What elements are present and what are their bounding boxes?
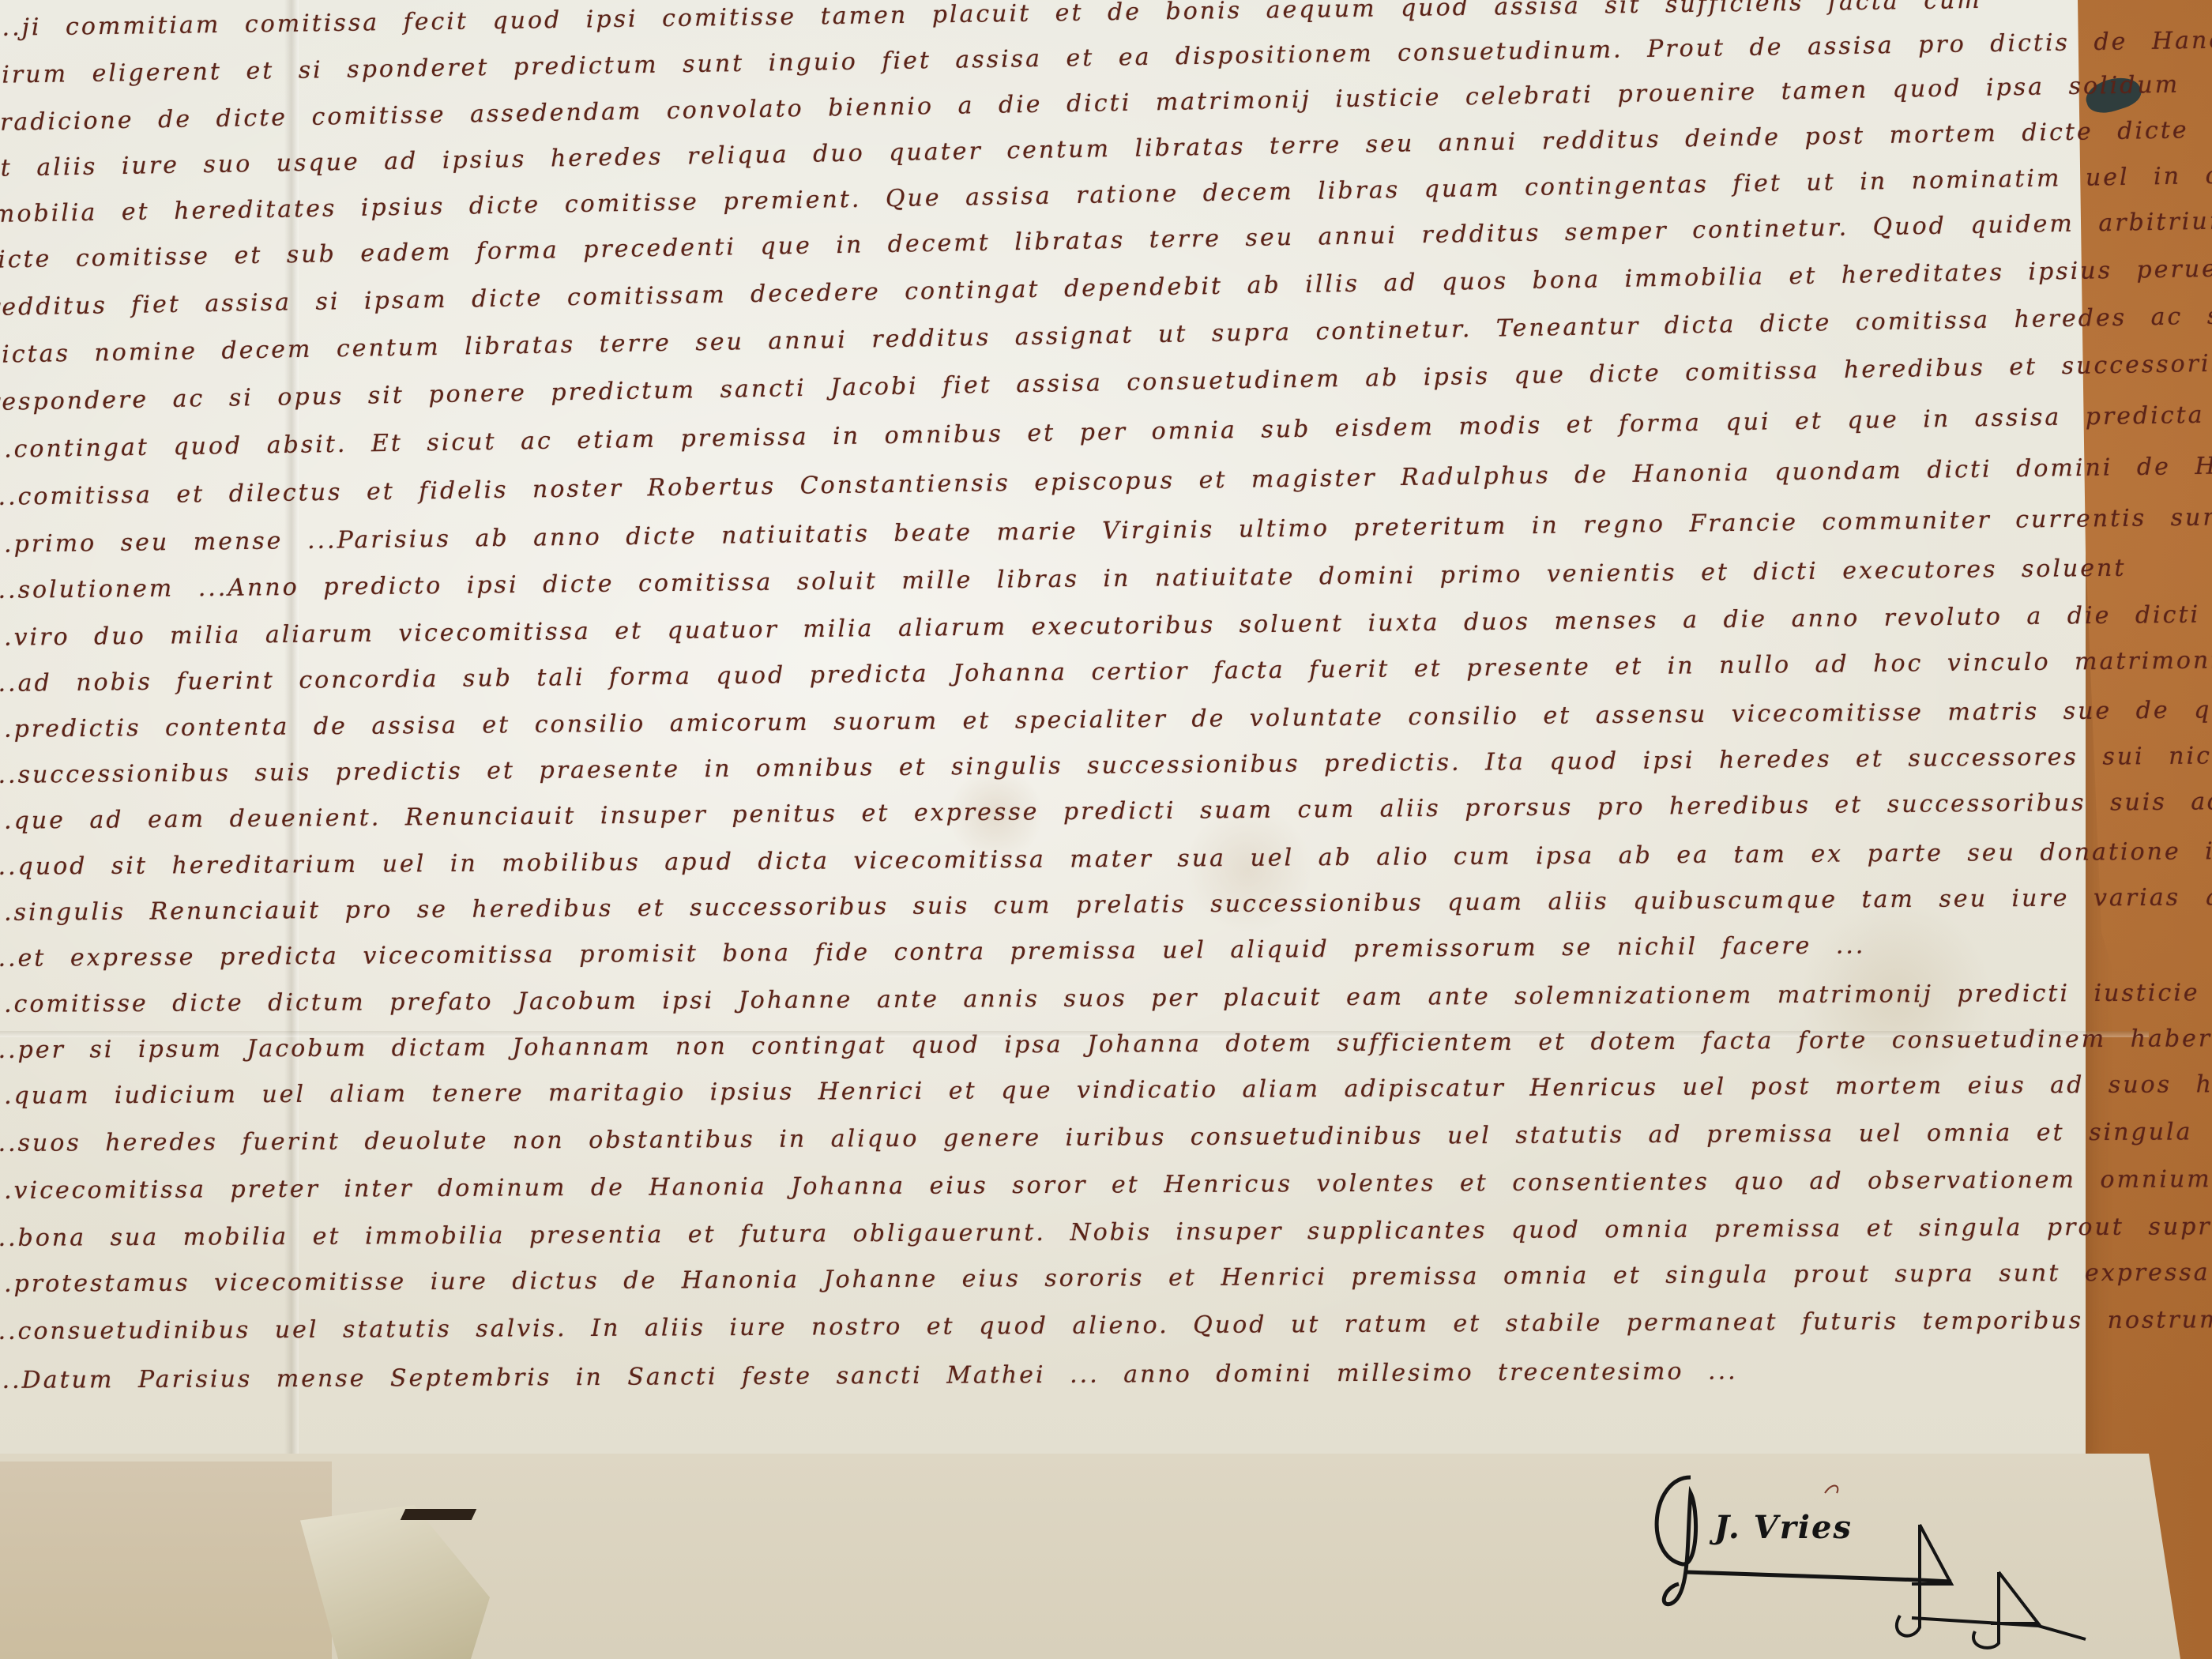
paraph-flourish-icon <box>1596 1446 2196 1651</box>
text-line: ...quam iudicium uel aliam tenere marita… <box>0 1070 2212 1110</box>
text-line: ...que ad eam deuenient. Renunciauit ins… <box>0 784 2212 835</box>
text-line: ...quod sit hereditarium uel in mobilibu… <box>0 836 2212 881</box>
text-line: ...suos heredes fuerint deuolute non obs… <box>0 1117 2212 1157</box>
text-line: ...successionibus suis predictis et prae… <box>0 738 2212 789</box>
text-line: ...viro duo milia aliarum vicecomitissa … <box>0 601 2200 652</box>
text-line: ...bona sua mobilia et immobilia present… <box>0 1211 2212 1252</box>
text-line: ...protestamus vicecomitisse iure dictus… <box>0 1258 2212 1298</box>
text-line: ...predictis contenta de assisa et consi… <box>0 693 2212 743</box>
signature-name: J. Vries <box>1714 1509 1853 1546</box>
text-line: ...consuetudinibus uel statutis salvis. … <box>0 1303 2212 1345</box>
text-line: ...per si ipsum Jacobum dictam Johannam … <box>0 1024 2212 1064</box>
charter-text: ...ji commitiam comitissa fecit quod ips… <box>0 0 2101 1469</box>
plica-shadow-region <box>0 1461 332 1659</box>
text-line: ...singulis Renunciauit pro se heredibus… <box>0 882 2212 927</box>
text-line: ...vicecomitissa preter inter dominum de… <box>0 1164 2212 1205</box>
text-line: ...solutionem ...Anno predicto ipsi dict… <box>0 555 2127 604</box>
text-line: ...et expresse predicta vicecomitissa pr… <box>0 931 1866 972</box>
text-line: ...Datum Parisius mense Septembris in Sa… <box>0 1357 1738 1394</box>
document-photo: ...ji commitiam comitissa fecit quod ips… <box>0 0 2212 1659</box>
text-line: ...primo seu mense ...Parisius ab anno d… <box>0 502 2212 559</box>
notarial-signature: J. Vries <box>1596 1446 2196 1651</box>
seal-tag-slit <box>401 1509 477 1520</box>
text-line: ...comitisse dicte dictum prefato Jacobu… <box>0 978 2212 1018</box>
text-line: ...ad nobis fuerint concordia sub tali f… <box>0 645 2212 698</box>
